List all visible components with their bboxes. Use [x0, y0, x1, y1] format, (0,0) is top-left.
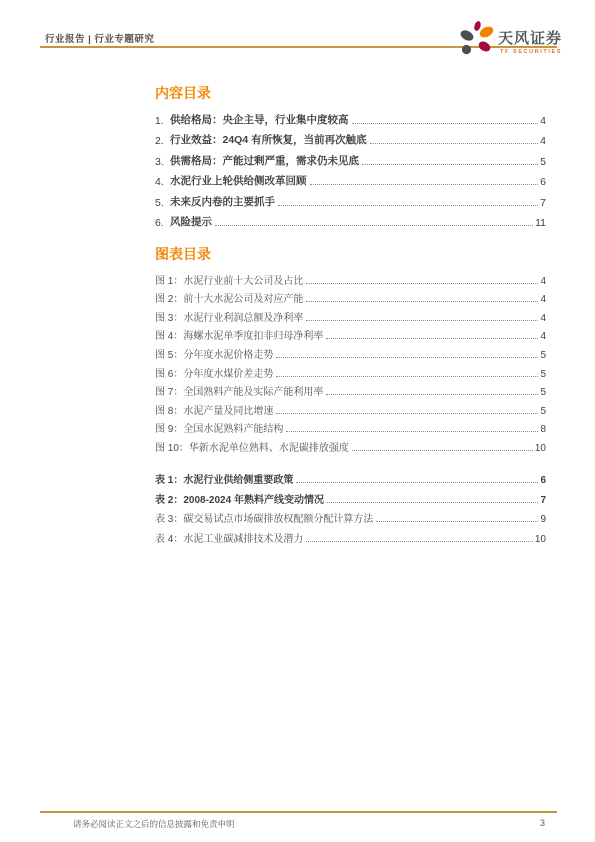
figure-toc-item[interactable]: 图 8：水泥产量及同比增速5	[155, 398, 546, 417]
toc-item-number: 3.	[155, 156, 170, 168]
figure-toc-item[interactable]: 图 1：水泥行业前十大公司及占比4	[155, 268, 546, 287]
toc-item-page: 4	[540, 276, 546, 287]
toc-item-page: 9	[540, 514, 546, 525]
toc-item-page: 5	[540, 156, 546, 168]
report-page: 行业报告 | 行业专题研究 天风证券 TF SECURITIES 内容目录 1.…	[0, 0, 595, 842]
dot-leader	[278, 205, 538, 206]
table-toc-item[interactable]: 表 3：碳交易试点市场碳排放权配额分配计算方法9	[155, 506, 546, 526]
toc-item-page: 4	[540, 294, 546, 305]
toc-item-number: 4.	[155, 176, 170, 188]
figure-toc-item[interactable]: 图 6：分年度水煤价差走势5	[155, 361, 546, 380]
toc-item-label: 图 5：分年度水泥价格走势	[155, 346, 273, 361]
toc-item-page: 4	[540, 135, 546, 147]
toc-item-label: 图 9：全国水泥熟料产能结构	[155, 420, 283, 435]
toc-item-page: 11	[535, 217, 546, 229]
toc-item-page: 6	[540, 475, 546, 486]
figure-toc-item[interactable]: 图 9：全国水泥熟料产能结构8	[155, 417, 546, 436]
figure-toc-item[interactable]: 图 3：水泥行业利润总额及净利率4	[155, 305, 546, 324]
toc-item-number: 6.	[155, 217, 170, 229]
dot-leader	[215, 225, 533, 226]
toc-item-page: 8	[540, 424, 546, 435]
toc-item-label: 行业效益：24Q4 有所恢复，当前再次触底	[170, 132, 367, 147]
footer-page-number: 3	[540, 818, 545, 828]
contents-toc-item[interactable]: 4.水泥行业上轮供给侧改革回顾6	[155, 168, 546, 189]
dot-leader	[326, 338, 538, 339]
toc-item-page: 5	[540, 406, 546, 417]
dot-leader	[306, 320, 538, 321]
toc-item-page: 4	[540, 313, 546, 324]
dot-leader	[326, 394, 538, 395]
dot-leader	[310, 184, 539, 185]
logo-cn-text: 天风证券	[498, 27, 562, 48]
dot-leader	[276, 413, 538, 414]
toc-item-number: 5.	[155, 197, 170, 209]
dot-leader	[370, 143, 539, 144]
toc-item-label: 图 2：前十大水泥公司及对应产能	[155, 290, 303, 305]
toc-area: 内容目录 1.供给格局：央企主导，行业集中度较高42.行业效益：24Q4 有所恢…	[155, 84, 546, 545]
toc-item-label: 图 4：海螺水泥单季度扣非归母净利率	[155, 327, 323, 342]
toc-item-label: 表 2：2008-2024 年熟料产线变动情况	[155, 491, 324, 506]
toc-item-label: 供给格局：央企主导，行业集中度较高	[170, 112, 349, 127]
toc-item-label: 图 7：全国熟料产能及实际产能利用率	[155, 383, 323, 398]
footer-divider	[40, 811, 557, 813]
figure-toc-item[interactable]: 图 2：前十大水泥公司及对应产能4	[155, 287, 546, 306]
footer-disclaimer: 请务必阅读正文之后的信息披露和免责申明	[73, 818, 235, 830]
toc-item-label: 未来反内卷的主要抓手	[170, 194, 275, 209]
toc-item-label: 表 1：水泥行业供给侧重要政策	[155, 471, 293, 486]
toc-item-label: 图 3：水泥行业利润总额及净利率	[155, 309, 303, 324]
dot-leader	[276, 376, 538, 377]
dot-leader	[306, 541, 533, 542]
toc-item-number: 1.	[155, 115, 170, 127]
dot-leader	[352, 450, 533, 451]
dot-leader	[352, 123, 539, 124]
dot-leader	[306, 283, 538, 284]
flower-logo-icon	[458, 20, 496, 58]
report-type-label: 行业报告 | 行业专题研究	[45, 31, 154, 45]
contents-list: 1.供给格局：央企主导，行业集中度较高42.行业效益：24Q4 有所恢复，当前再…	[155, 106, 546, 229]
toc-item-page: 5	[540, 350, 546, 361]
figures-title: 图表目录	[155, 245, 546, 263]
toc-item-page: 7	[540, 495, 546, 506]
contents-toc-item[interactable]: 2.行业效益：24Q4 有所恢复，当前再次触底4	[155, 127, 546, 148]
toc-item-page: 10	[535, 443, 546, 454]
contents-toc-item[interactable]: 1.供给格局：央企主导，行业集中度较高4	[155, 106, 546, 127]
figure-toc-item[interactable]: 图 7：全国熟料产能及实际产能利用率5	[155, 380, 546, 399]
toc-item-label: 表 3：碳交易试点市场碳排放权配额分配计算方法	[155, 510, 373, 525]
toc-item-label: 表 4：水泥工业碳减排技术及潜力	[155, 530, 303, 545]
toc-item-label: 风险提示	[170, 214, 212, 229]
toc-item-page: 7	[540, 197, 546, 209]
tf-securities-logo: 天风证券 TF SECURITIES	[458, 18, 560, 60]
dot-leader	[306, 301, 538, 302]
toc-item-label: 图 10：华新水泥单位熟料、水泥碳排放强度	[155, 439, 349, 454]
contents-toc-item[interactable]: 5.未来反内卷的主要抓手7	[155, 188, 546, 209]
table-toc-item[interactable]: 表 1：水泥行业供给侧重要政策6	[155, 467, 546, 487]
toc-item-page: 4	[540, 115, 546, 127]
toc-item-label: 图 1：水泥行业前十大公司及占比	[155, 272, 303, 287]
toc-item-label: 图 6：分年度水煤价差走势	[155, 365, 273, 380]
dot-leader	[362, 164, 538, 165]
tables-list: 表 1：水泥行业供给侧重要政策6表 2：2008-2024 年熟料产线变动情况7…	[155, 467, 546, 545]
toc-item-page: 5	[540, 387, 546, 398]
toc-item-page: 5	[540, 369, 546, 380]
toc-item-page: 6	[540, 176, 546, 188]
toc-item-page: 4	[540, 331, 546, 342]
toc-item-number: 2.	[155, 135, 170, 147]
toc-item-label: 水泥行业上轮供给侧改革回顾	[170, 173, 307, 188]
figure-toc-item[interactable]: 图 5：分年度水泥价格走势5	[155, 342, 546, 361]
logo-en-text: TF SECURITIES	[500, 49, 562, 55]
figure-toc-item[interactable]: 图 10：华新水泥单位熟料、水泥碳排放强度10	[155, 435, 546, 454]
toc-item-label: 供需格局：产能过剩严重，需求仍未见底	[170, 153, 359, 168]
contents-toc-item[interactable]: 3.供需格局：产能过剩严重，需求仍未见底5	[155, 147, 546, 168]
figure-toc-item[interactable]: 图 4：海螺水泥单季度扣非归母净利率4	[155, 324, 546, 343]
toc-item-label: 图 8：水泥产量及同比增速	[155, 402, 273, 417]
contents-title: 内容目录	[155, 84, 546, 102]
toc-item-page: 10	[535, 534, 546, 545]
dot-leader	[286, 431, 538, 432]
contents-toc-item[interactable]: 6.风险提示11	[155, 209, 546, 230]
figures-list: 图 1：水泥行业前十大公司及占比4图 2：前十大水泥公司及对应产能4图 3：水泥…	[155, 268, 546, 454]
dot-leader	[376, 521, 538, 522]
table-toc-item[interactable]: 表 4：水泥工业碳减排技术及潜力10	[155, 525, 546, 545]
dot-leader	[327, 502, 538, 503]
table-toc-item[interactable]: 表 2：2008-2024 年熟料产线变动情况7	[155, 486, 546, 506]
dot-leader	[276, 357, 538, 358]
dot-leader	[296, 482, 538, 483]
